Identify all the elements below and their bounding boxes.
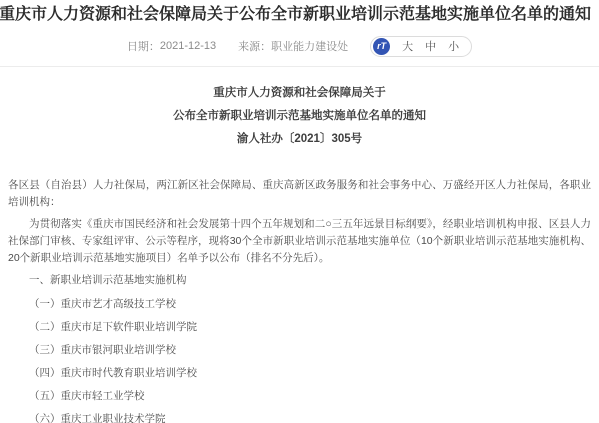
document-heading-line1: 重庆市人力资源和社会保障局关于	[8, 82, 591, 105]
header-divider	[0, 66, 599, 67]
paragraph-body: 为贯彻落实《重庆市国民经济和社会发展第十四个五年规划和二○三五年远景目标纲要》，…	[8, 216, 591, 267]
document-heading-line2: 公布全市新职业培训示范基地实施单位名单的通知	[8, 105, 591, 128]
font-size-large-button[interactable]: 大	[402, 38, 413, 54]
institution-item: （一）重庆市艺才高级技工学校	[8, 296, 591, 313]
meta-source-label: 来源：	[238, 38, 271, 54]
meta-date: 日期：2021-12-13	[127, 38, 216, 54]
meta-row: 日期：2021-12-13 来源：职业能力建设处 rT 大 中 小	[0, 34, 599, 58]
meta-date-label: 日期：	[127, 38, 160, 54]
institution-item: （四）重庆市时代教育职业培训学校	[8, 365, 591, 382]
section-heading-institutions: 一、新职业培训示范基地实施机构	[8, 272, 591, 289]
institution-item: （六）重庆工业职业技术学院	[8, 411, 591, 423]
font-size-small-button[interactable]: 小	[448, 38, 459, 54]
institution-item: （五）重庆市轻工业学校	[8, 388, 591, 405]
institution-item: （二）重庆市足下软件职业培训学院	[8, 319, 591, 336]
institution-item: （三）重庆市银河职业培训学校	[8, 342, 591, 359]
meta-source: 来源：职业能力建设处	[238, 38, 348, 54]
paragraph-salutation: 各区县（自治县）人力社保局，两江新区社会保障局、重庆高新区政务服务和社会事务中心…	[8, 177, 591, 211]
font-size-control: rT 大 中 小	[370, 36, 472, 57]
meta-date-value: 2021-12-13	[160, 40, 216, 52]
institution-list: （一）重庆市艺才高级技工学校（二）重庆市足下软件职业培训学院（三）重庆市银河职业…	[8, 296, 591, 423]
document-number: 渝人社办〔2021〕305号	[8, 128, 591, 151]
page-title: 重庆市人力资源和社会保障局关于公布全市新职业培训示范基地实施单位名单的通知	[0, 2, 599, 28]
meta-source-value: 职业能力建设处	[271, 38, 348, 54]
document-content: 重庆市人力资源和社会保障局关于 公布全市新职业培训示范基地实施单位名单的通知 渝…	[0, 82, 599, 423]
font-size-medium-button[interactable]: 中	[425, 38, 436, 54]
document-heading: 重庆市人力资源和社会保障局关于 公布全市新职业培训示范基地实施单位名单的通知 渝…	[8, 82, 591, 151]
page-header: 重庆市人力资源和社会保障局关于公布全市新职业培训示范基地实施单位名单的通知 日期…	[0, 0, 599, 67]
font-size-icon: rT	[373, 38, 390, 55]
